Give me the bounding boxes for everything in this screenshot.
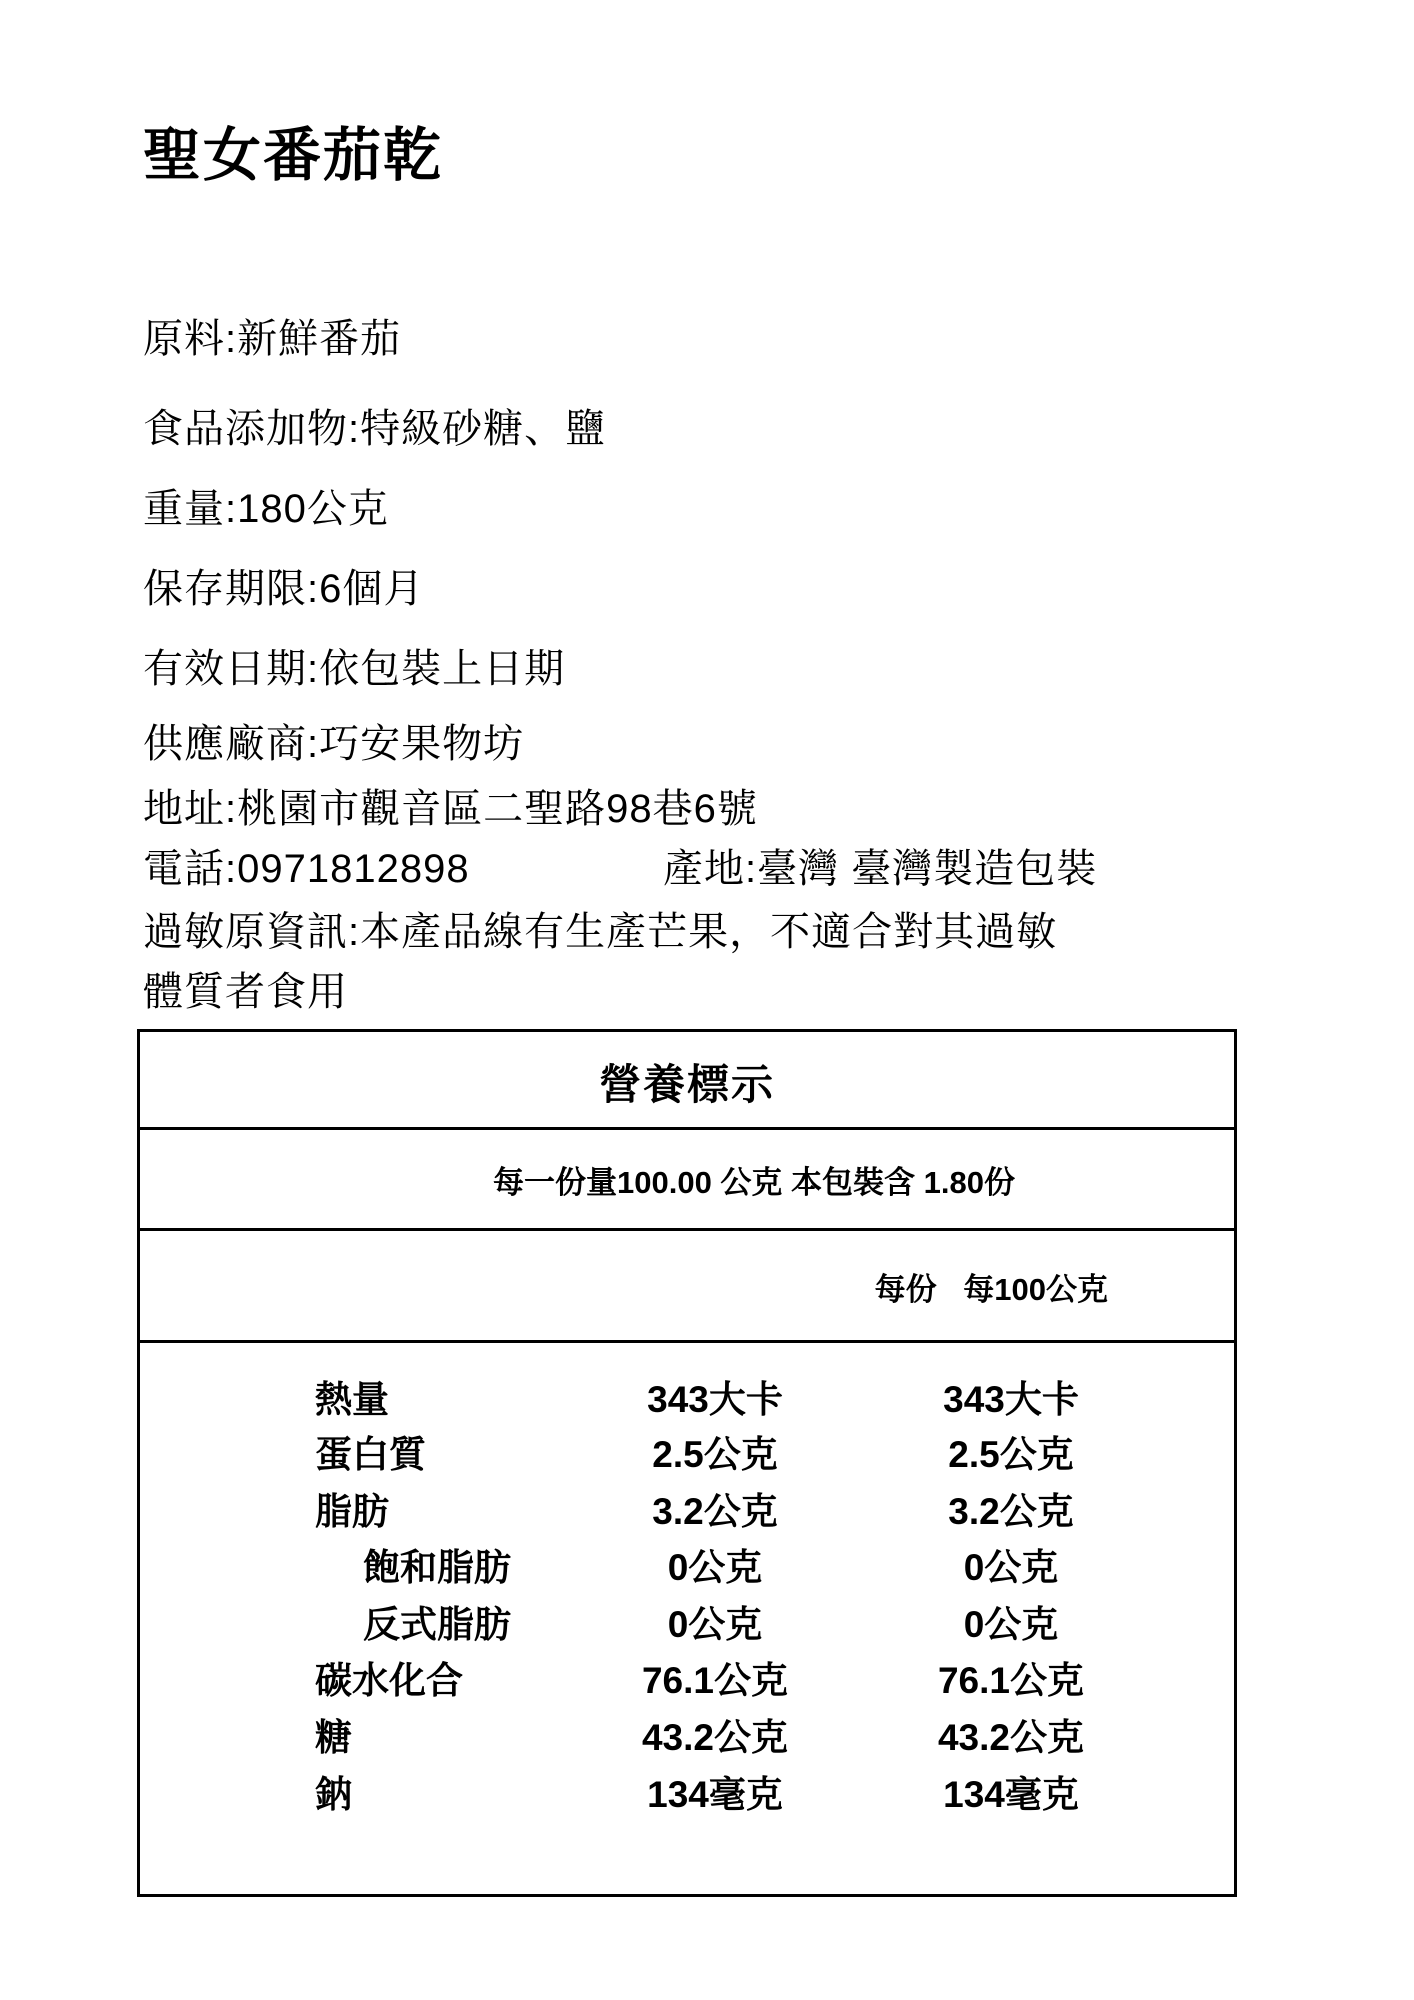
allergen-line-2: 體質者食用 — [143, 960, 348, 1017]
nutrient-row-sugar: 糖 43.2公克 43.2公克 — [140, 1707, 1234, 1757]
nutrient-value-per-100g: 0公克 — [861, 1537, 1161, 1591]
product-title: 聖女番茄乾 — [143, 108, 443, 192]
nutrient-name: 飽和脂肪 — [363, 1537, 511, 1591]
info-line-shelf-life: 保存期限:6個月 — [143, 557, 424, 614]
nutrient-value-per-serving: 0公克 — [565, 1537, 865, 1591]
origin-text: 產地:臺灣 臺灣製造包裝 — [663, 837, 1097, 894]
table-divider — [140, 1340, 1234, 1343]
info-line-expiry-date: 有效日期:依包裝上日期 — [143, 637, 565, 694]
nutrient-value-per-serving: 134毫克 — [565, 1764, 865, 1818]
phone-text: 電話:0971812898 — [143, 847, 470, 891]
nutrient-row-carbohydrate: 碳水化合 76.1公克 76.1公克 — [140, 1650, 1234, 1700]
column-headers: 每份 每100公克 — [875, 1264, 1108, 1309]
nutrient-value-per-serving: 0公克 — [565, 1594, 865, 1648]
nutrient-value-per-100g: 3.2公克 — [861, 1481, 1161, 1535]
nutrient-value-per-100g: 76.1公克 — [861, 1650, 1161, 1704]
nutrient-value-per-serving: 76.1公克 — [565, 1650, 865, 1704]
nutrient-value-per-serving: 43.2公克 — [565, 1707, 865, 1761]
product-label-page: 聖女番茄乾 原料:新鮮番茄 食品添加物:特級砂糖、鹽 重量:180公克 保存期限… — [0, 0, 1414, 2000]
nutrient-value-per-100g: 134毫克 — [861, 1764, 1161, 1818]
nutrient-row-saturated-fat: 飽和脂肪 0公克 0公克 — [140, 1537, 1234, 1587]
nutrient-value-per-serving: 3.2公克 — [565, 1481, 865, 1535]
info-line-additives: 食品添加物:特級砂糖、鹽 — [143, 397, 606, 454]
nutrient-value-per-100g: 343大卡 — [861, 1369, 1161, 1423]
nutrient-name: 蛋白質 — [315, 1424, 426, 1478]
nutrient-name: 脂肪 — [315, 1481, 389, 1535]
info-line-ingredients: 原料:新鮮番茄 — [143, 307, 401, 364]
nutrient-row-trans-fat: 反式脂肪 0公克 0公克 — [140, 1594, 1234, 1644]
info-line-supplier: 供應廠商:巧安果物坊 — [143, 712, 524, 769]
nutrition-title: 營養標示 — [140, 1052, 1234, 1112]
column-header-per-100g: 每100公克 — [963, 1272, 1108, 1307]
info-line-address: 地址:桃園市觀音區二聖路98巷6號 — [143, 777, 758, 834]
info-line-contact: 電話:0971812898 產地:臺灣 臺灣製造包裝 — [143, 837, 470, 894]
nutrient-name: 鈉 — [315, 1764, 352, 1818]
nutrient-row-sodium: 鈉 134毫克 134毫克 — [140, 1764, 1234, 1814]
nutrient-name: 糖 — [315, 1707, 352, 1761]
nutrient-name: 碳水化合 — [315, 1650, 463, 1704]
nutrient-name: 熱量 — [315, 1369, 389, 1423]
serving-size-line: 每一份量100.00 公克 本包裝含 1.80份 — [493, 1157, 1015, 1202]
column-header-per-serving: 每份 — [875, 1272, 937, 1307]
nutrient-row-protein: 蛋白質 2.5公克 2.5公克 — [140, 1424, 1234, 1474]
table-divider — [140, 1228, 1234, 1231]
nutrient-row-calories: 熱量 343大卡 343大卡 — [140, 1369, 1234, 1419]
nutrient-value-per-100g: 43.2公克 — [861, 1707, 1161, 1761]
nutrient-value-per-serving: 343大卡 — [565, 1369, 865, 1423]
nutrient-value-per-100g: 0公克 — [861, 1594, 1161, 1648]
nutrient-row-fat: 脂肪 3.2公克 3.2公克 — [140, 1481, 1234, 1531]
nutrient-value-per-100g: 2.5公克 — [861, 1424, 1161, 1478]
nutrient-name: 反式脂肪 — [363, 1594, 511, 1648]
info-line-weight: 重量:180公克 — [143, 477, 389, 534]
nutrition-table: 營養標示 每一份量100.00 公克 本包裝含 1.80份 每份 每100公克 … — [137, 1029, 1237, 1897]
allergen-line-1: 過敏原資訊:本產品線有生產芒果，不適合對其過敏 — [143, 900, 1057, 957]
table-divider — [140, 1127, 1234, 1130]
nutrient-value-per-serving: 2.5公克 — [565, 1424, 865, 1478]
